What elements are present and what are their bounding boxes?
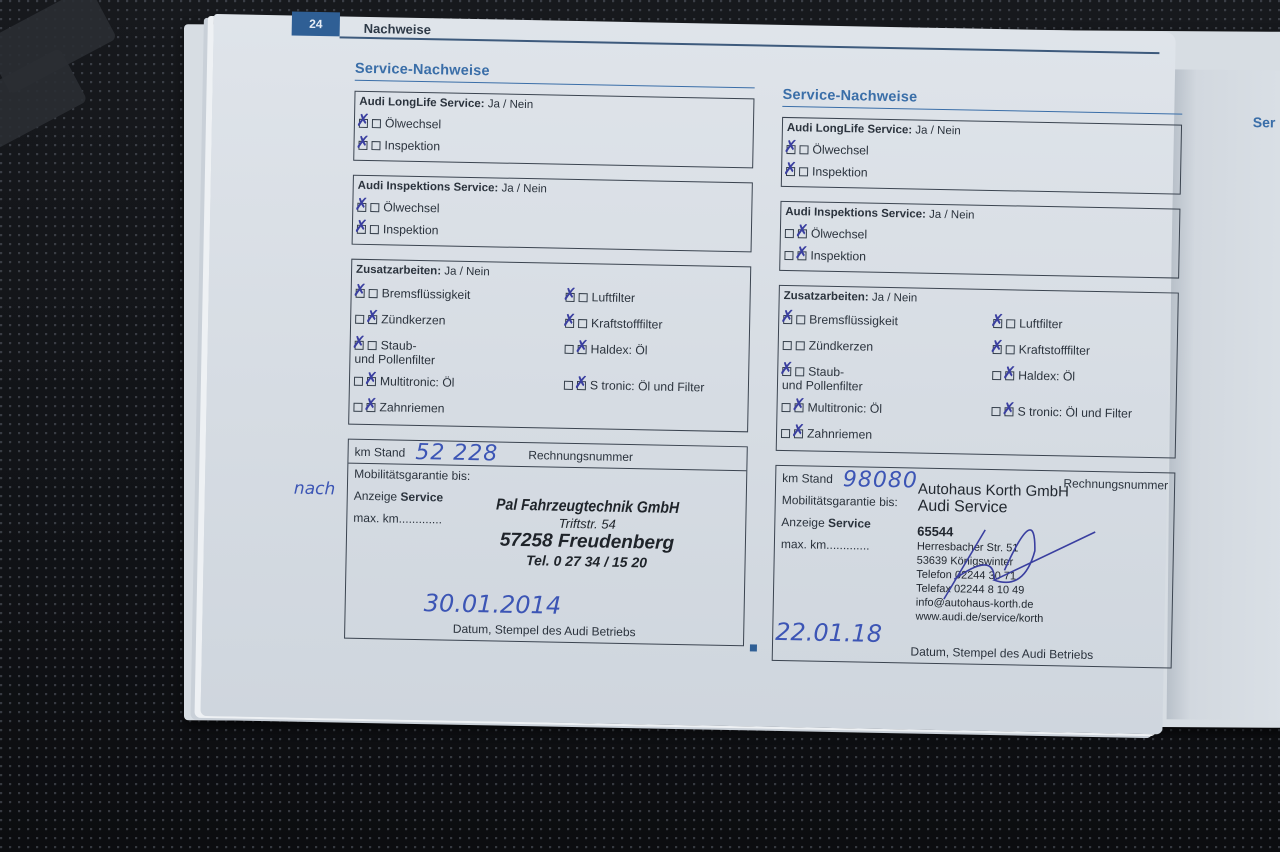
next-page-title: Ser <box>1253 114 1276 130</box>
page-header: Nachweise <box>364 21 431 37</box>
km-label: km Stand <box>782 471 833 486</box>
checkbox[interactable] <box>797 251 806 260</box>
invoice-label: Rechnungsnummer <box>1063 476 1168 492</box>
checkbox[interactable] <box>991 407 1000 416</box>
checkbox[interactable] <box>1006 345 1015 354</box>
checkbox[interactable] <box>992 371 1001 380</box>
checkbox[interactable] <box>786 145 795 154</box>
checklist-row[interactable]: Staub-und Pollenfilter <box>782 358 993 398</box>
checkbox[interactable] <box>1005 371 1014 380</box>
km-label: km Stand <box>354 444 405 459</box>
checkbox[interactable] <box>565 344 574 353</box>
checkbox[interactable] <box>577 381 586 390</box>
checkbox[interactable] <box>782 366 791 375</box>
page-number: 24 <box>292 11 340 36</box>
checklist-row[interactable]: Luftfilter <box>993 310 1173 339</box>
checkbox[interactable] <box>783 340 792 349</box>
checkbox[interactable] <box>358 140 367 149</box>
checkbox[interactable] <box>357 224 366 233</box>
checkbox[interactable] <box>357 202 366 211</box>
checkbox[interactable] <box>565 318 574 327</box>
handwritten-note: nach <box>294 479 336 500</box>
longlife-box: Audi LongLife Service: Ja / Nein Ölwechs… <box>781 117 1182 195</box>
checkbox[interactable] <box>566 292 575 301</box>
service-record-right: Service-Nachweise Audi LongLife Service:… <box>772 87 1183 669</box>
checklist-row[interactable]: Bremsflüssigkeit <box>355 280 565 310</box>
checkbox[interactable] <box>368 341 377 350</box>
checkbox[interactable] <box>781 428 790 437</box>
inspection-box: Audi Inspektions Service: Ja / Nein Ölwe… <box>779 201 1180 279</box>
checkbox[interactable] <box>796 341 805 350</box>
checkbox[interactable] <box>368 315 377 324</box>
checkbox[interactable] <box>578 345 587 354</box>
checklist-row[interactable]: Kraftstofffilter <box>565 310 745 339</box>
checkbox[interactable] <box>367 377 376 386</box>
checkbox[interactable] <box>783 314 792 323</box>
booklet-page: 24 Nachweise Service-Nachweise Audi Long… <box>201 14 1176 734</box>
extra-work-box: Zusatzarbeiten: Ja / Nein Bremsflüssigke… <box>776 285 1179 459</box>
checkbox[interactable] <box>370 225 379 234</box>
checkbox[interactable] <box>796 315 805 324</box>
km-value[interactable]: 98080 <box>843 467 918 493</box>
checklist-row[interactable]: Multitronic: Öl <box>781 394 991 424</box>
checkbox[interactable] <box>359 118 368 127</box>
checkbox[interactable] <box>366 403 375 412</box>
invoice-label: Rechnungsnummer <box>528 448 633 464</box>
checkbox[interactable] <box>794 403 803 412</box>
longlife-box: Audi LongLife Service: Ja / Nein Ölwechs… <box>353 91 754 169</box>
checklist-row[interactable]: Kraftstofffilter <box>992 336 1172 365</box>
checkbox[interactable] <box>993 345 1002 354</box>
service-date[interactable]: 30.01.2014 <box>423 589 561 620</box>
stamp-footer: Datum, Stempel des Audi Betriebs <box>345 620 743 642</box>
checkbox[interactable] <box>1004 407 1013 416</box>
checklist-row[interactable]: Zahnriemen <box>353 394 563 424</box>
stamp-footer: Datum, Stempel des Audi Betriebs <box>833 643 1171 663</box>
checklist-row[interactable]: Staub-und Pollenfilter <box>354 332 565 372</box>
stamp-box: nach km Stand 52 228 Rechnungsnummer Mob… <box>344 439 748 647</box>
stamp-box: km Stand 98080 Rechnungsnummer Mobilität… <box>772 465 1176 669</box>
km-value[interactable]: 52 228 <box>415 440 498 467</box>
checkbox[interactable] <box>564 380 573 389</box>
checkbox[interactable] <box>993 319 1002 328</box>
extra-work-box: Zusatzarbeiten: Ja / Nein Bremsflüssigke… <box>348 259 751 433</box>
checklist-row[interactable]: Zündkerzen <box>783 332 993 362</box>
section-title: Service-Nachweise <box>782 87 1182 115</box>
checkbox[interactable] <box>795 367 804 376</box>
checkbox[interactable] <box>781 402 790 411</box>
checkbox[interactable] <box>785 229 794 238</box>
page-marker <box>750 644 757 651</box>
checkbox[interactable] <box>786 167 795 176</box>
service-record-left: Service-Nachweise Audi LongLife Service:… <box>344 61 755 647</box>
checkbox[interactable] <box>794 429 803 438</box>
inspection-box: Audi Inspektions Service: Ja / Nein Ölwe… <box>352 175 753 253</box>
checklist-row[interactable]: Luftfilter <box>565 284 745 313</box>
checkbox[interactable] <box>369 289 378 298</box>
header-rule <box>340 36 1160 53</box>
checkbox[interactable] <box>355 314 364 323</box>
signature-icon <box>924 509 1126 613</box>
checklist-row[interactable]: S tronic: Öl und Filter <box>991 398 1171 427</box>
section-title: Service-Nachweise <box>355 61 755 89</box>
checklist-row[interactable]: Haldex: Öl <box>992 362 1172 391</box>
checkbox[interactable] <box>370 203 379 212</box>
checklist-row[interactable]: Zündkerzen <box>355 306 565 336</box>
checkbox[interactable] <box>579 293 588 302</box>
checkbox[interactable] <box>799 167 808 176</box>
checklist-row[interactable]: Multitronic: Öl <box>354 368 564 398</box>
checkbox[interactable] <box>578 319 587 328</box>
checkbox[interactable] <box>1006 319 1015 328</box>
checkbox[interactable] <box>353 402 362 411</box>
checkbox[interactable] <box>798 229 807 238</box>
workshop-stamp: Pal Fahrzeugtechnik GmbH Triftstr. 54 57… <box>456 496 717 572</box>
checkbox[interactable] <box>355 340 364 349</box>
next-page: Ser <box>1167 69 1280 720</box>
checklist-row[interactable]: Zahnriemen <box>781 420 991 450</box>
checklist-row[interactable]: Bremsflüssigkeit <box>783 306 993 336</box>
checkbox[interactable] <box>356 288 365 297</box>
checkbox[interactable] <box>354 376 363 385</box>
checkbox[interactable] <box>371 141 380 150</box>
checkbox[interactable] <box>799 145 808 154</box>
checkbox[interactable] <box>784 250 793 259</box>
checklist-row[interactable]: S tronic: Öl und Filter <box>564 372 744 401</box>
checklist-row[interactable]: Haldex: Öl <box>564 336 744 365</box>
checkbox[interactable] <box>372 119 381 128</box>
